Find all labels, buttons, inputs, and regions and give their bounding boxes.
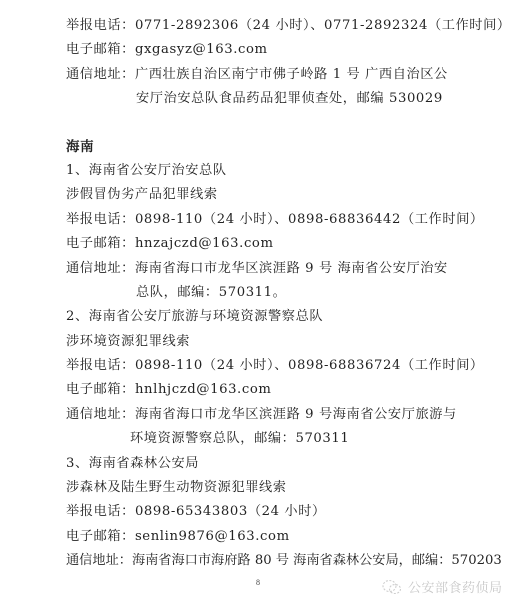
unit-scope: 涉假冒伪劣产品犯罪线索 — [66, 183, 466, 207]
address-label: 通信地址： — [66, 261, 135, 276]
email-label: 电子邮箱： — [66, 529, 135, 544]
guangxi-email-line: 电子邮箱：gxgasyz@163.com — [66, 38, 466, 62]
unit-scope: 涉环境资源犯罪线索 — [66, 330, 466, 354]
unit-email-line: 电子邮箱：hnlhjczd@163.com — [66, 378, 466, 402]
address-value-cont: 环境资源警察总队，邮编：570311 — [130, 431, 349, 446]
unit-email-line: 电子邮箱：senlin9876@163.com — [66, 525, 466, 549]
email-value: senlin9876@163.com — [135, 529, 290, 544]
phone-value: 0771-2892306（24 小时）、0771-2892324（工作时间） — [135, 18, 511, 33]
address-label: 通信地址： — [66, 553, 132, 568]
guangxi-address-line-2: 安厅治安总队食品药品犯罪侦查处，邮编 530029 — [66, 87, 466, 111]
unit-title: 1、海南省公安厅治安总队 — [66, 159, 466, 183]
address-value-cont: 总队，邮编：570311。 — [136, 285, 286, 300]
guangxi-address-line: 通信地址：广西壮族自治区南宁市佛子岭路 1 号 广西自治区公 — [66, 63, 466, 87]
unit-title: 2、海南省公安厅旅游与环境资源警察总队 — [66, 305, 466, 329]
unit-title: 3、海南省森林公安局 — [66, 452, 466, 476]
watermark-text: 公安部食药侦局 — [408, 577, 503, 596]
unit-address-line-2: 环境资源警察总队，邮编：570311 — [66, 427, 466, 451]
phone-label: 举报电话： — [66, 504, 135, 519]
address-value: 海南省海口市海府路 80 号 海南省森林公安局，邮编：570203 — [132, 553, 502, 568]
unit-address-line: 通信地址：海南省海口市海府路 80 号 海南省森林公安局，邮编：570203 — [66, 549, 466, 573]
phone-value: 0898-110（24 小时）、0898-68836724（工作时间） — [135, 358, 484, 373]
phone-label: 举报电话： — [66, 358, 135, 373]
wechat-icon — [382, 579, 402, 595]
phone-label: 举报电话： — [66, 212, 135, 227]
phone-label: 举报电话： — [66, 18, 135, 33]
unit-scope: 涉森林及陆生野生动物资源犯罪线索 — [66, 476, 466, 500]
email-value: hnlhjczd@163.com — [135, 382, 272, 397]
page-number: 8 — [256, 578, 260, 587]
document-page: 举报电话：0771-2892306（24 小时）、0771-2892324（工作… — [66, 14, 466, 574]
email-value: hnzajczd@163.com — [135, 236, 274, 251]
address-value: 海南省海口市龙华区滨涯路 9 号海南省公安厅旅游与 — [135, 407, 457, 422]
guangxi-phone-line: 举报电话：0771-2892306（24 小时）、0771-2892324（工作… — [66, 14, 466, 38]
unit-phone-line: 举报电话：0898-110（24 小时）、0898-68836724（工作时间） — [66, 354, 466, 378]
address-label: 通信地址： — [66, 407, 135, 422]
email-label: 电子邮箱： — [66, 382, 135, 397]
address-value: 海南省海口市龙华区滨涯路 9 号 海南省公安厅治安 — [135, 261, 448, 276]
unit-email-line: 电子邮箱：hnzajczd@163.com — [66, 232, 466, 256]
watermark: 公安部食药侦局 — [382, 577, 503, 596]
phone-value: 0898-110（24 小时）、0898-68836442（工作时间） — [135, 212, 484, 227]
unit-address-line-2: 总队，邮编：570311。 — [66, 281, 466, 305]
email-label: 电子邮箱： — [66, 42, 135, 57]
email-value: gxgasyz@163.com — [135, 42, 268, 57]
phone-value: 0898-65343803（24 小时） — [135, 504, 326, 519]
unit-phone-line: 举报电话：0898-65343803（24 小时） — [66, 500, 466, 524]
section-heading-hainan: 海南 — [66, 135, 466, 159]
address-label: 通信地址： — [66, 67, 135, 82]
address-value-cont: 安厅治安总队食品药品犯罪侦查处，邮编 530029 — [136, 91, 443, 106]
email-label: 电子邮箱： — [66, 236, 135, 251]
unit-address-line: 通信地址：海南省海口市龙华区滨涯路 9 号 海南省公安厅治安 — [66, 257, 466, 281]
unit-address-line: 通信地址：海南省海口市龙华区滨涯路 9 号海南省公安厅旅游与 — [66, 403, 466, 427]
address-value: 广西壮族自治区南宁市佛子岭路 1 号 广西自治区公 — [135, 67, 448, 82]
unit-phone-line: 举报电话：0898-110（24 小时）、0898-68836442（工作时间） — [66, 208, 466, 232]
